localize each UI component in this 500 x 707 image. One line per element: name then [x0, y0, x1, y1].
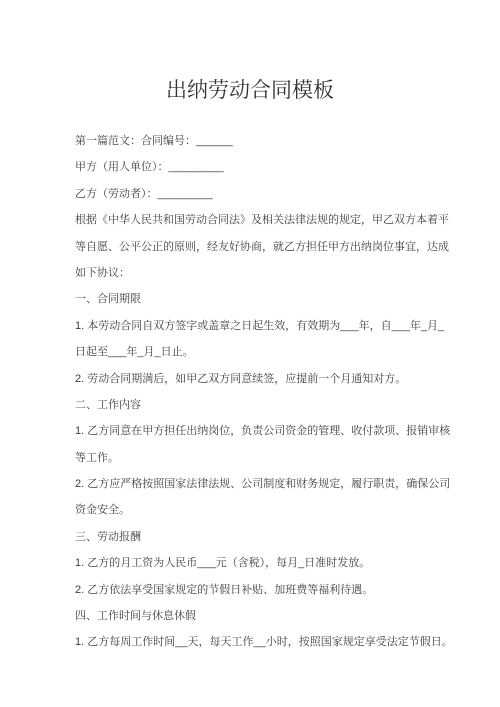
contract-line: 1. 乙方每周工作时间__天，每天工作__小时，按照国家规定享受法定节假日。	[75, 629, 480, 655]
contract-line: 根据《中华人民共和国劳动合同法》及相关法律法规的规定，甲乙双方本着平	[75, 207, 480, 233]
document-title: 出纳劳动合同模板	[0, 0, 500, 106]
contract-line: 等工作。	[75, 445, 480, 471]
contract-line: 2. 乙方应严格按照国家法律法规、公司制度和财务规定，履行职责，确保公司	[75, 471, 480, 497]
document-body: 第一篇范文：合同编号：______ 甲方（用人单位）：_________ 乙方（…	[0, 106, 500, 656]
contract-line: 乙方（劳动者）：_________	[75, 181, 480, 207]
contract-line: 2. 乙方依法享受国家规定的节假日补贴、加班费等福利待遇。	[75, 577, 480, 603]
contract-line: 资金安全。	[75, 497, 480, 523]
contract-line: 第一篇范文：合同编号：______	[75, 128, 480, 154]
contract-line: 等自愿、公平公正的原则，经友好协商，就乙方担任甲方出纳岗位事宜，达成	[75, 234, 480, 260]
contract-section-heading: 一、合同期限	[75, 286, 480, 312]
contract-section-heading: 四、工作时间与休息休假	[75, 603, 480, 629]
contract-line: 日起至___年_月_日止。	[75, 339, 480, 365]
contract-section-heading: 二、工作内容	[75, 392, 480, 418]
contract-document-page: 出纳劳动合同模板 第一篇范文：合同编号：______ 甲方（用人单位）：____…	[0, 0, 500, 707]
contract-line: 甲方（用人单位）：_________	[75, 154, 480, 180]
contract-line: 1. 乙方同意在甲方担任出纳岗位，负责公司资金的管理、收付款项、报销审核	[75, 418, 480, 444]
contract-line: 1. 乙方的月工资为人民币___元（含税），每月_日准时发放。	[75, 550, 480, 576]
contract-line: 如下协议：	[75, 260, 480, 286]
contract-section-heading: 三、劳动报酬	[75, 524, 480, 550]
contract-line: 2. 劳动合同期满后，如甲乙双方同意续签，应提前一个月通知对方。	[75, 366, 480, 392]
contract-line: 1. 本劳动合同自双方签字或盖章之日起生效，有效期为___年，自___年_月_	[75, 313, 480, 339]
